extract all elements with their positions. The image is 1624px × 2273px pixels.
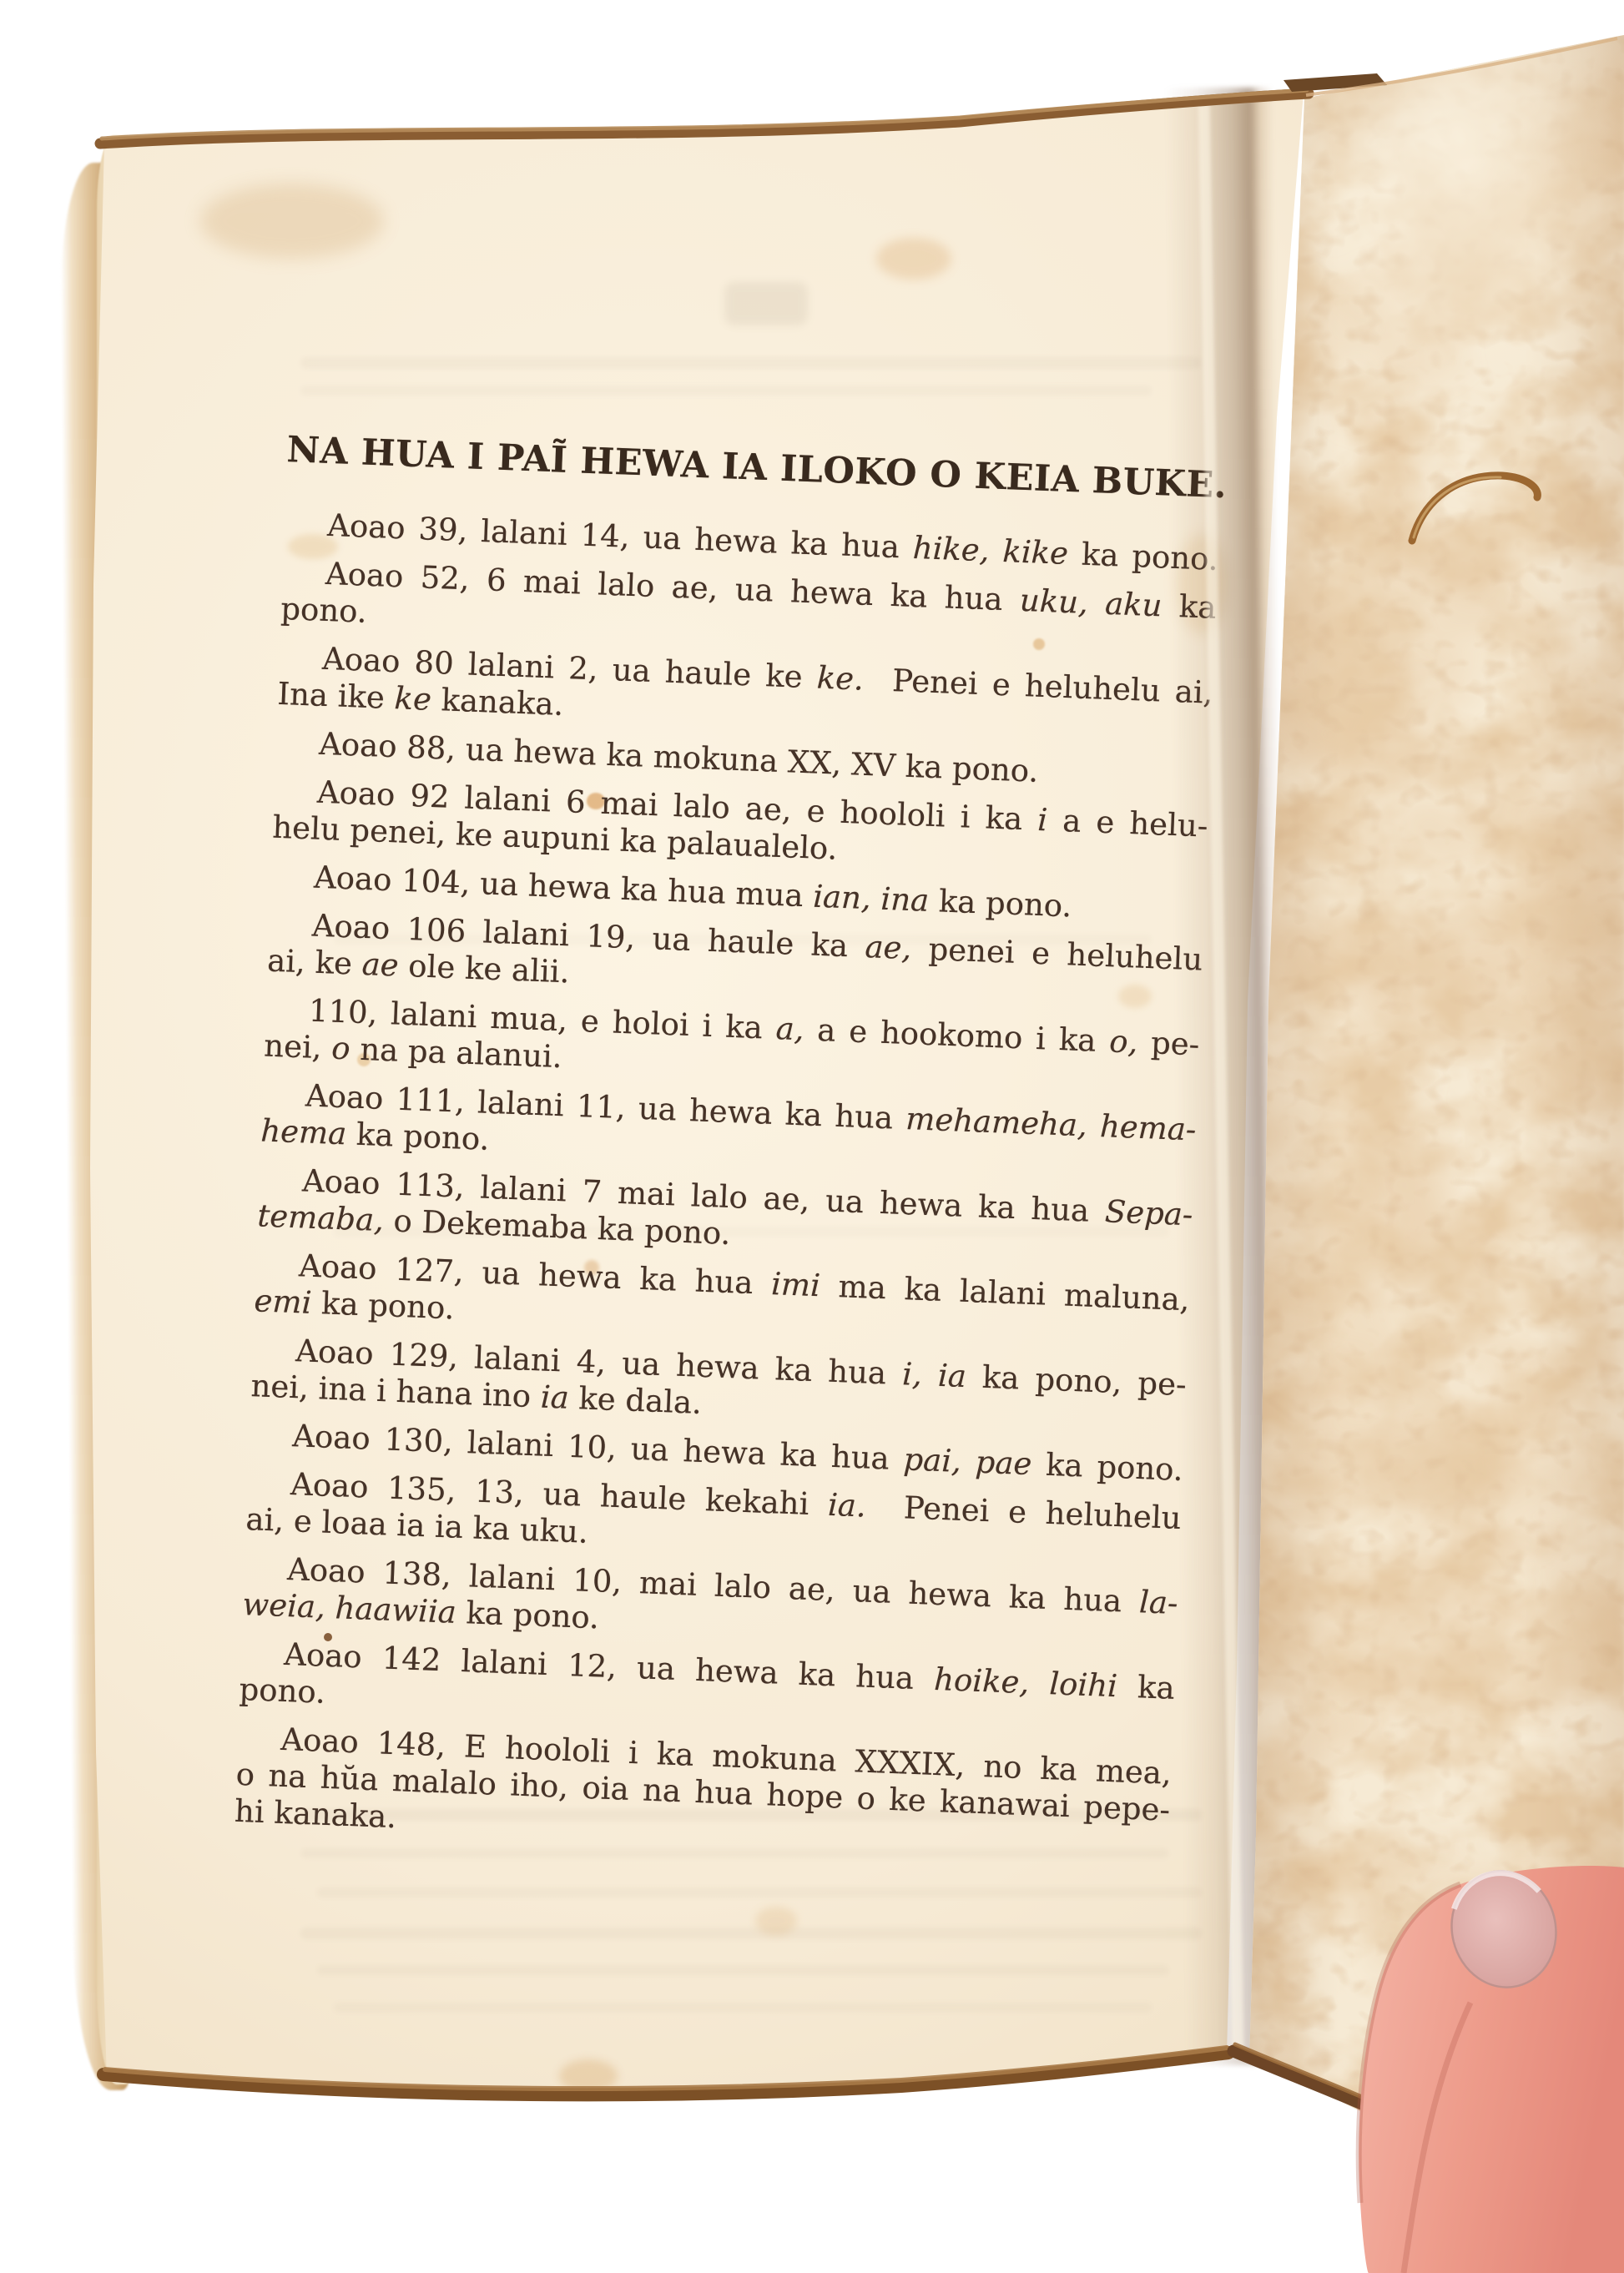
- errata-list: Aoao 39, lalani 14, ua hewa ka hua hike,…: [234, 506, 1218, 1866]
- foxing-spot: [876, 238, 951, 280]
- ghost-line: [317, 1887, 1202, 1898]
- ghost-line: [300, 386, 1152, 396]
- errata-text-block: NA HUA I PAĨ HEWA IA ILOKO O KEIA BUKE. …: [234, 424, 1222, 1866]
- foxing-spot: [755, 1907, 797, 1935]
- ghost-line: [317, 1965, 1168, 1975]
- ghost-line: [300, 357, 1202, 369]
- text-page: NA HUA I PAĨ HEWA IA ILOKO O KEIA BUKE. …: [83, 83, 1319, 2111]
- page-number-showthrough: [724, 282, 808, 325]
- ghost-line: [334, 2003, 1152, 2013]
- foxing-spot: [200, 184, 384, 259]
- foxing-spot: [559, 2059, 618, 2093]
- book-photo: NA HUA I PAĨ HEWA IA ILOKO O KEIA BUKE. …: [0, 0, 1624, 2273]
- ghost-line: [300, 1928, 1202, 1939]
